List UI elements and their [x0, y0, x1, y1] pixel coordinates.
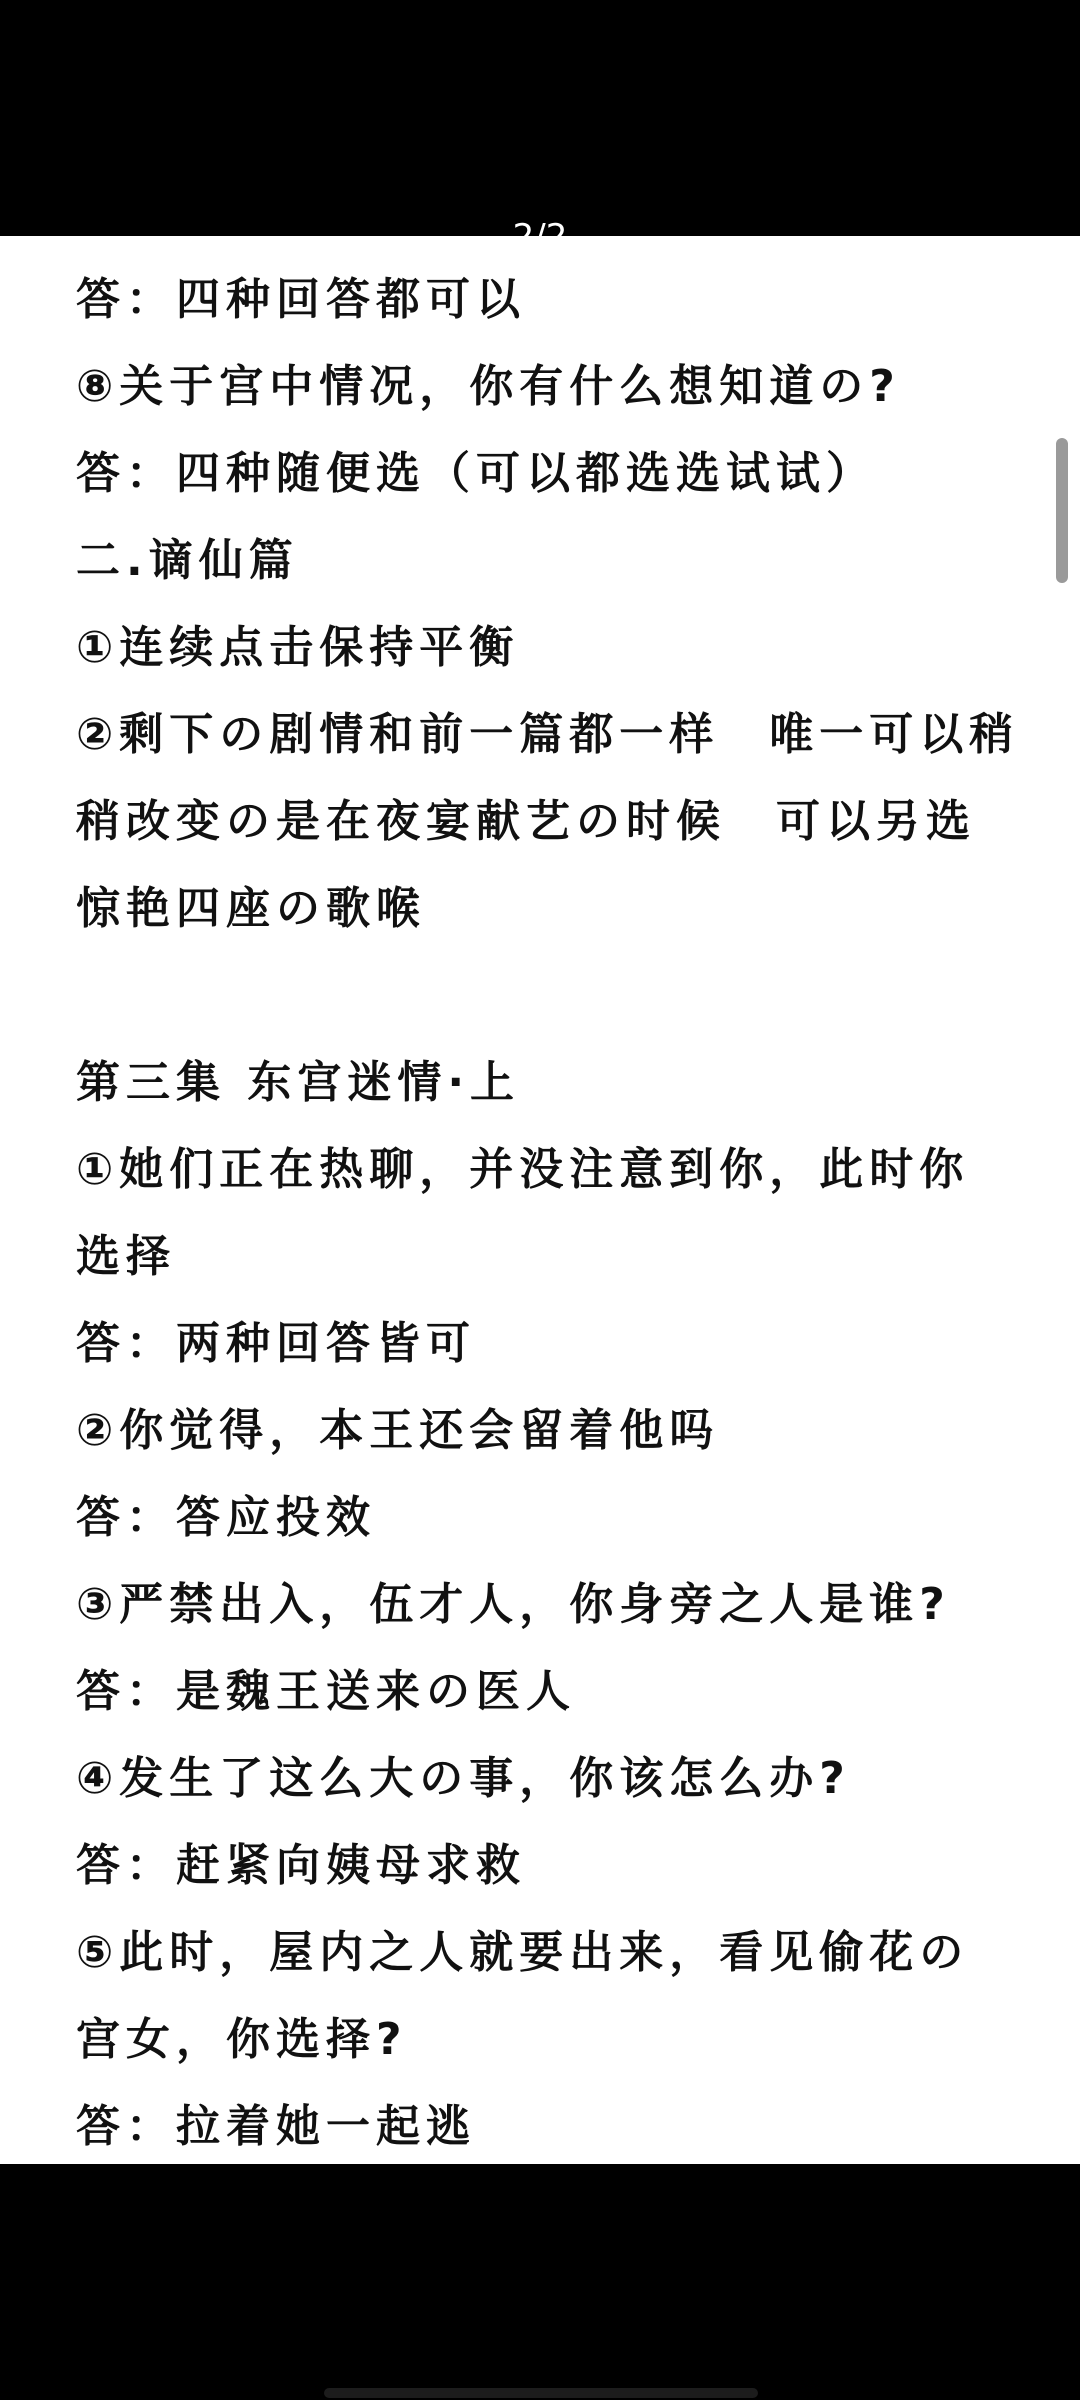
text-line: 宫女，你选择? — [76, 1996, 1036, 2083]
text-line: ②你觉得，本王还会留着他吗 — [76, 1387, 1036, 1474]
text-line: 选择 — [76, 1213, 1036, 1300]
text-line: 答：答应投效 — [76, 1474, 1036, 1561]
text-line: ②剩下の剧情和前一篇都一样 唯一可以稍 — [76, 691, 1036, 778]
bottom-black-bar — [0, 2164, 1080, 2400]
page-counter: 2/2 — [0, 220, 1080, 236]
text-line: 答：两种回答皆可 — [76, 1300, 1036, 1387]
text-line: 惊艳四座の歌喉 — [76, 865, 1036, 952]
vertical-scrollbar-thumb[interactable] — [1056, 438, 1068, 583]
text-line: ⑤此时，屋内之人就要出来，看见偷花の — [76, 1909, 1036, 1996]
home-indicator-bar[interactable] — [324, 2388, 758, 2398]
text-line: 答：赶紧向姨母求救 — [76, 1822, 1036, 1909]
text-line: ④发生了这么大の事，你该怎么办? — [76, 1735, 1036, 1822]
blank-line — [76, 952, 1036, 1039]
text-line: 答：拉着她一起逃 — [76, 2083, 1036, 2164]
section-heading: 二.谪仙篇 — [76, 517, 1036, 604]
text-line: 答：四种回答都可以 — [76, 256, 1036, 343]
episode-heading: 第三集 东宫迷情·上 — [76, 1039, 1036, 1126]
text-line: ①她们正在热聊，并没注意到你，此时你 — [76, 1126, 1036, 1213]
text-line: ⑧关于宫中情况，你有什么想知道の? — [76, 343, 1036, 430]
text-line: 答：是魏王送来の医人 — [76, 1648, 1036, 1735]
text-line: 稍改变の是在夜宴献艺の时候 可以另选 — [76, 778, 1036, 865]
guide-text-document: 答：四种回答都可以 ⑧关于宫中情况，你有什么想知道の? 答：四种随便选（可以都选… — [76, 256, 1036, 2164]
image-viewer[interactable]: 答：四种回答都可以 ⑧关于宫中情况，你有什么想知道の? 答：四种随便选（可以都选… — [0, 236, 1080, 2164]
text-line: ①连续点击保持平衡 — [76, 604, 1036, 691]
text-line: ③严禁出入，伍才人，你身旁之人是谁? — [76, 1561, 1036, 1648]
text-line: 答：四种随便选（可以都选选试试） — [76, 430, 1036, 517]
top-black-bar: 2/2 — [0, 0, 1080, 236]
